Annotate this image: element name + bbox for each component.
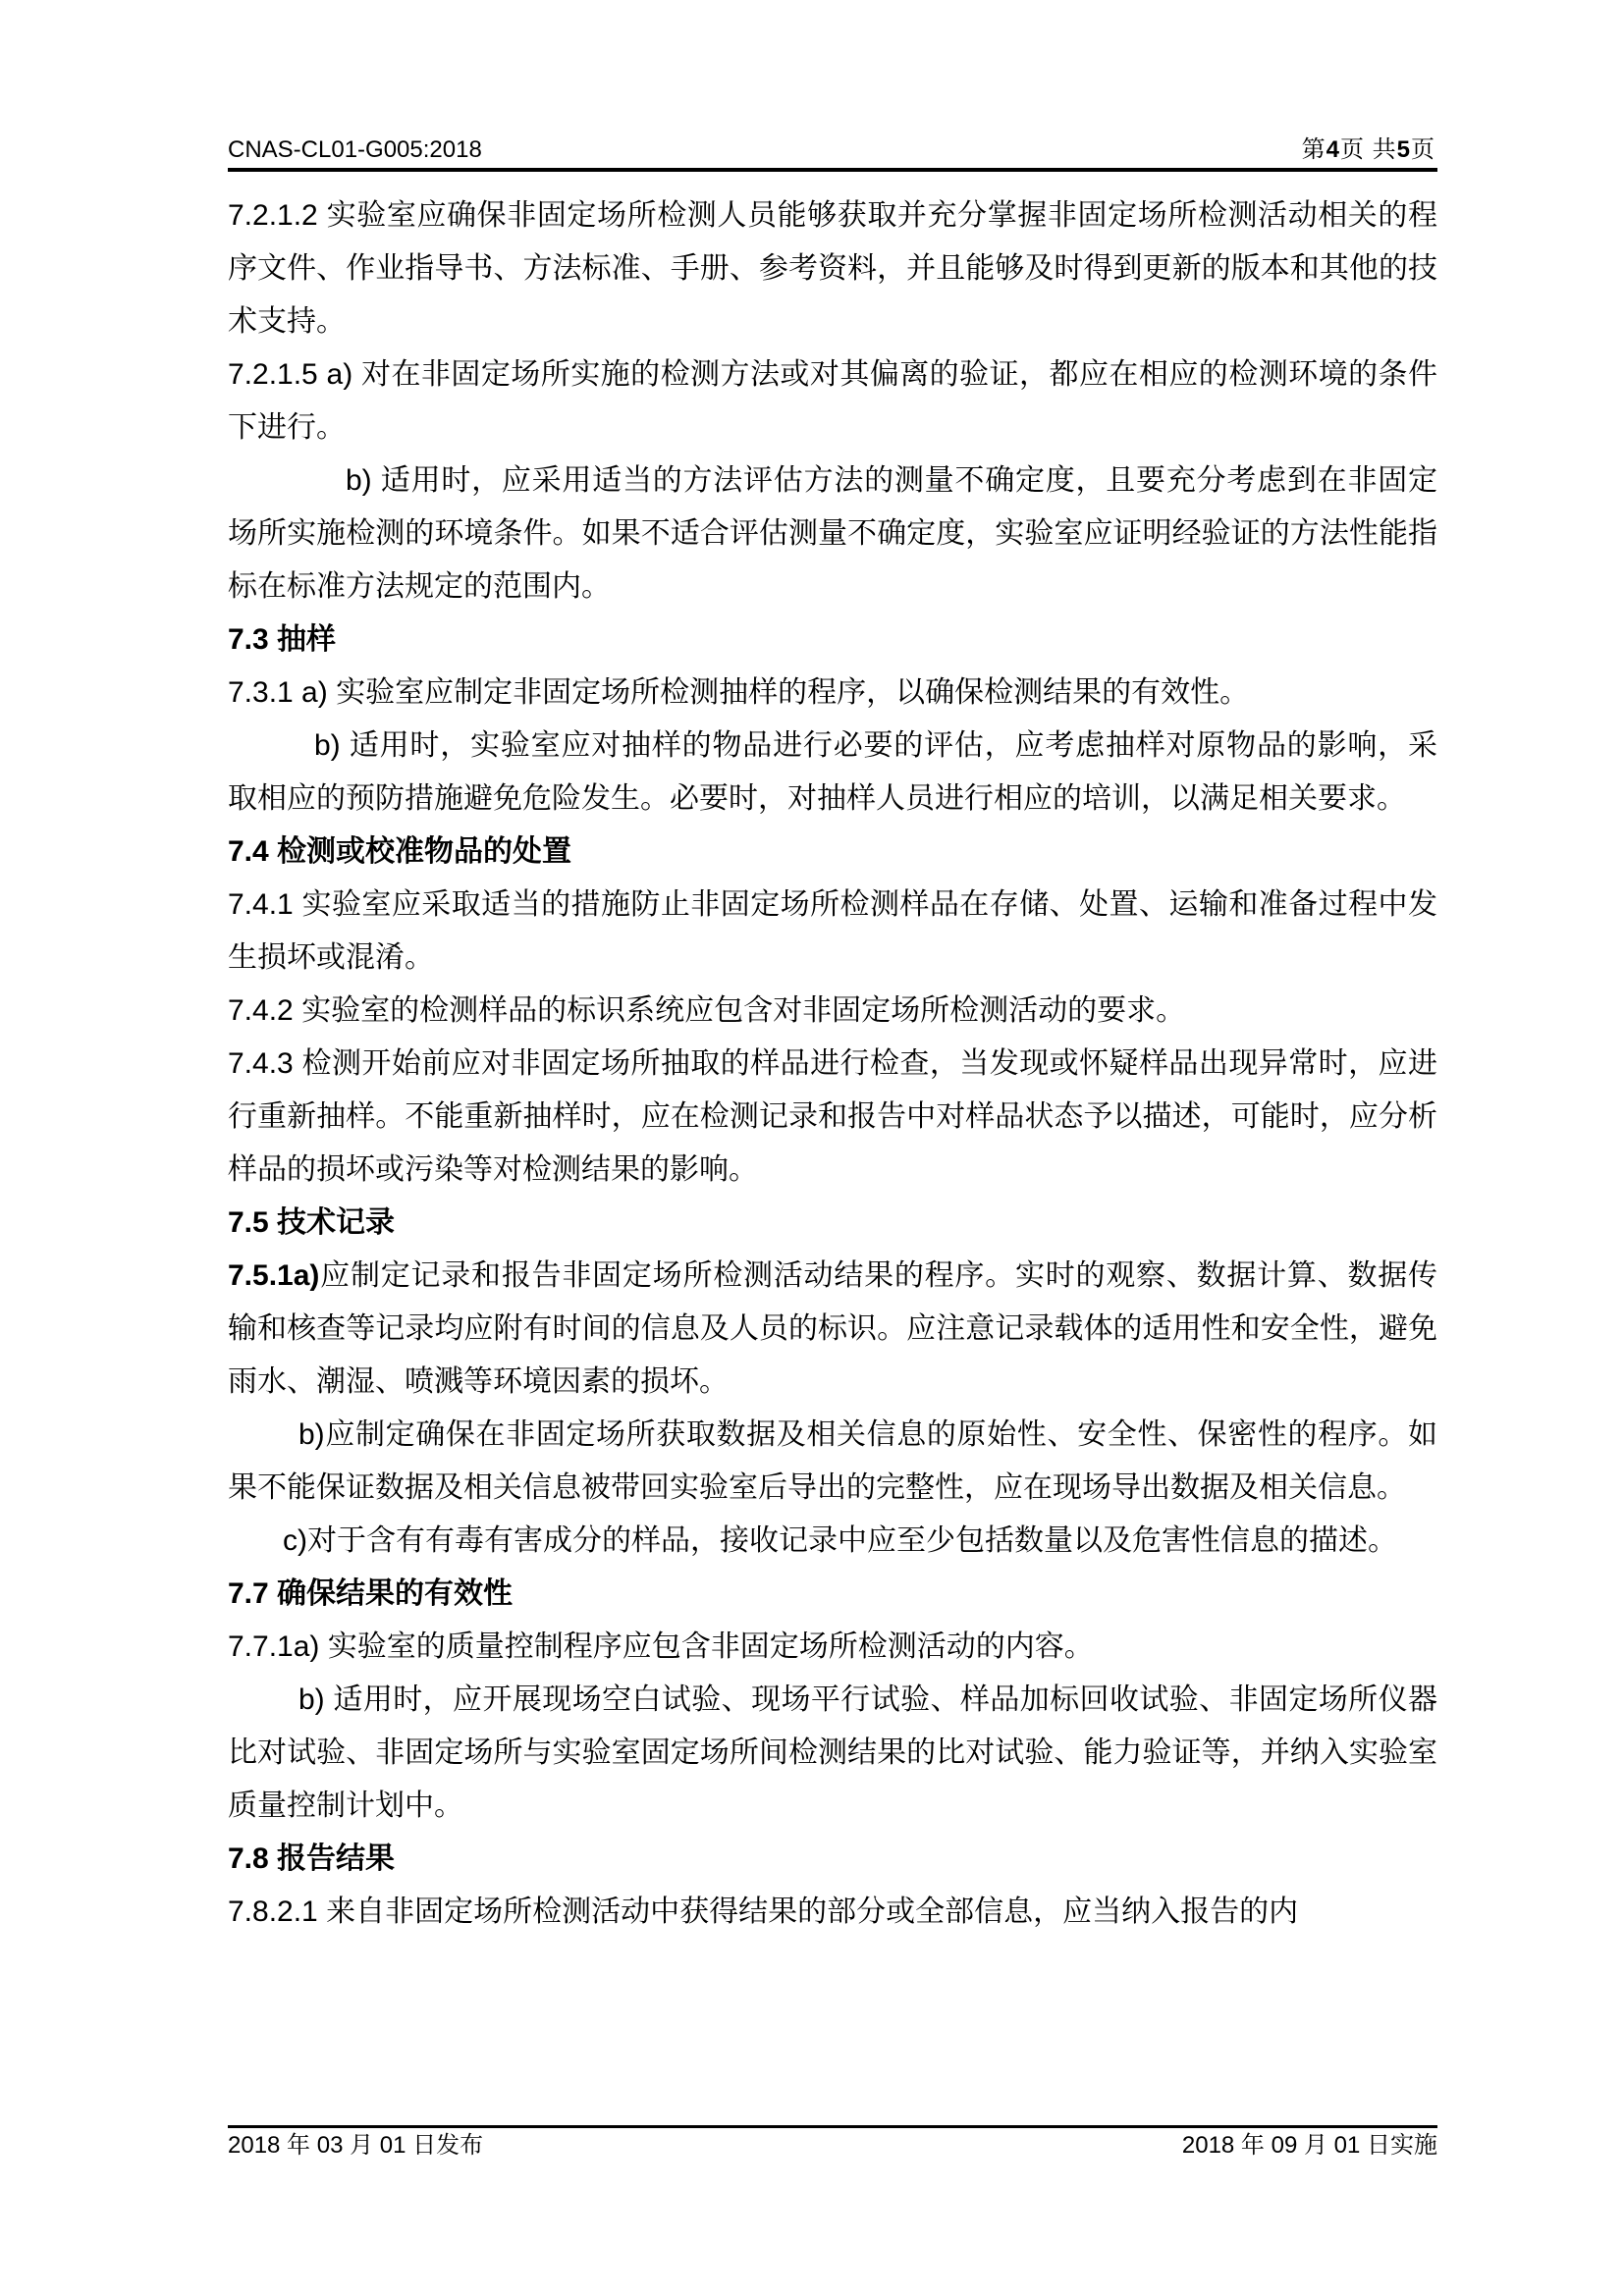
effective-date: 2018 年 09 月 01 日实施 (1182, 2130, 1437, 2162)
clause-text: 对在非固定场所实施的检测方法或对其偏离的验证，都应在相应的检测环境的条件下进行。 (228, 358, 1437, 444)
clause-number: 7.7.1a) (228, 1630, 319, 1663)
page-suffix: 页 (1411, 136, 1435, 163)
clause-7-3-1-b: b) 适用时，实验室应对抽样的物品进行必要的评估，应考虑抽样对原物品的影响，采取… (228, 720, 1437, 826)
clause-7-5-1-a: 7.5.1a)应制定记录和报告非固定场所检测活动结果的程序。实时的观察、数据计算… (228, 1250, 1437, 1409)
clause-7-4-2: 7.4.2 实验室的检测样品的标识系统应包含对非固定场所检测活动的要求。 (228, 985, 1437, 1038)
clause-7-4-1: 7.4.1 实验室应采取适当的措施防止非固定场所检测样品在存储、处置、运输和准备… (228, 879, 1437, 985)
clause-number: 7.3.1 a) (228, 676, 328, 709)
clause-text: 实验室应制定非固定场所检测抽样的程序，以确保检测结果的有效性。 (328, 676, 1249, 709)
clause-number: b) (298, 1683, 325, 1716)
section-heading-7-8: 7.8 报告结果 (228, 1833, 1437, 1886)
header-rule (228, 168, 1437, 172)
page-footer: 2018 年 03 月 01 日发布 2018 年 09 月 01 日实施 (228, 2130, 1437, 2162)
clause-text: 实验室应采取适当的措施防止非固定场所检测样品在存储、处置、运输和准备过程中发生损… (228, 888, 1437, 974)
clause-7-3-1-a: 7.3.1 a) 实验室应制定非固定场所检测抽样的程序，以确保检测结果的有效性。 (228, 667, 1437, 720)
clause-number: 7.4.2 (228, 994, 294, 1027)
clause-number: c) (283, 1524, 307, 1557)
clause-7-8-2-1: 7.8.2.1 来自非固定场所检测活动中获得结果的部分或全部信息，应当纳入报告的… (228, 1886, 1437, 1939)
clause-number: 7.5.1a) (228, 1259, 319, 1292)
document-id: CNAS-CL01-G005:2018 (228, 133, 482, 167)
clause-text: 应制定记录和报告非固定场所检测活动结果的程序。实时的观察、数据计算、数据传输和核… (228, 1259, 1437, 1398)
clause-7-2-1-5-a: 7.2.1.5 a) 对在非固定场所实施的检测方法或对其偏离的验证，都应在相应的… (228, 348, 1437, 454)
footer-rule (228, 2125, 1437, 2128)
clause-text: 适用时，实验室应对抽样的物品进行必要的评估，应考虑抽样对原物品的影响，采取相应的… (228, 729, 1437, 815)
issue-date: 2018 年 03 月 01 日发布 (228, 2130, 483, 2162)
clause-number: 7.4.3 (228, 1047, 294, 1080)
clause-number: 7.8.2.1 (228, 1896, 318, 1928)
section-heading-7-4: 7.4 检测或校准物品的处置 (228, 826, 1437, 879)
clause-number: 7.2.1.2 (228, 199, 318, 232)
clause-7-7-1-b: b) 适用时，应开展现场空白试验、现场平行试验、样品加标回收试验、非固定场所仪器… (228, 1674, 1437, 1833)
clause-7-5-1-c: c)对于含有有毒有害成分的样品，接收记录中应至少包括数量以及危害性信息的描述。 (228, 1515, 1437, 1568)
clause-number: b) (298, 1418, 325, 1451)
clause-number: 7.4.1 (228, 888, 294, 921)
clause-7-7-1-a: 7.7.1a) 实验室的质量控制程序应包含非固定场所检测活动的内容。 (228, 1621, 1437, 1674)
clause-text: 对于含有有毒有害成分的样品，接收记录中应至少包括数量以及危害性信息的描述。 (307, 1524, 1397, 1557)
page-header: CNAS-CL01-G005:2018 第4页 共5页 (228, 133, 1435, 167)
section-heading-7-7: 7.7 确保结果的有效性 (228, 1568, 1437, 1621)
page-number: 第4页 共5页 (1302, 133, 1435, 167)
clause-text: 来自非固定场所检测活动中获得结果的部分或全部信息，应当纳入报告的内 (318, 1896, 1298, 1928)
clause-text: 适用时，应采用适当的方法评估方法的测量不确定度，且要充分考虑到在非固定场所实施检… (228, 464, 1437, 603)
clause-number: b) (314, 729, 341, 762)
current-page: 4 (1326, 136, 1340, 163)
page-prefix: 第 (1302, 136, 1326, 163)
clause-text: 检测开始前应对非固定场所抽取的样品进行检查，当发现或怀疑样品出现异常时，应进行重… (228, 1047, 1437, 1186)
clause-text: 实验室的检测样品的标识系统应包含对非固定场所检测活动的要求。 (294, 994, 1185, 1027)
clause-7-4-3: 7.4.3 检测开始前应对非固定场所抽取的样品进行检查，当发现或怀疑样品出现异常… (228, 1038, 1437, 1197)
clause-7-2-1-2: 7.2.1.2 实验室应确保非固定场所检测人员能够获取并充分掌握非固定场所检测活… (228, 189, 1437, 348)
clause-text: 实验室应确保非固定场所检测人员能够获取并充分掌握非固定场所检测活动相关的程序文件… (228, 199, 1437, 338)
clause-text: 应制定确保在非固定场所获取数据及相关信息的原始性、安全性、保密性的程序。如果不能… (228, 1418, 1437, 1504)
page-mid: 页 共 (1340, 136, 1397, 163)
clause-text: 适用时，应开展现场空白试验、现场平行试验、样品加标回收试验、非固定场所仪器比对试… (228, 1683, 1437, 1822)
clause-number: 7.2.1.5 a) (228, 358, 352, 391)
clause-text: 实验室的质量控制程序应包含非固定场所检测活动的内容。 (319, 1630, 1093, 1663)
clause-7-2-1-5-b: b) 适用时，应采用适当的方法评估方法的测量不确定度，且要充分考虑到在非固定场所… (228, 454, 1437, 614)
section-heading-7-5: 7.5 技术记录 (228, 1197, 1437, 1250)
section-heading-7-3: 7.3 抽样 (228, 614, 1437, 667)
document-body: 7.2.1.2 实验室应确保非固定场所检测人员能够获取并充分掌握非固定场所检测活… (228, 189, 1437, 1939)
clause-7-5-1-b: b)应制定确保在非固定场所获取数据及相关信息的原始性、安全性、保密性的程序。如果… (228, 1409, 1437, 1515)
total-pages: 5 (1397, 136, 1411, 163)
clause-number: b) (346, 464, 372, 497)
